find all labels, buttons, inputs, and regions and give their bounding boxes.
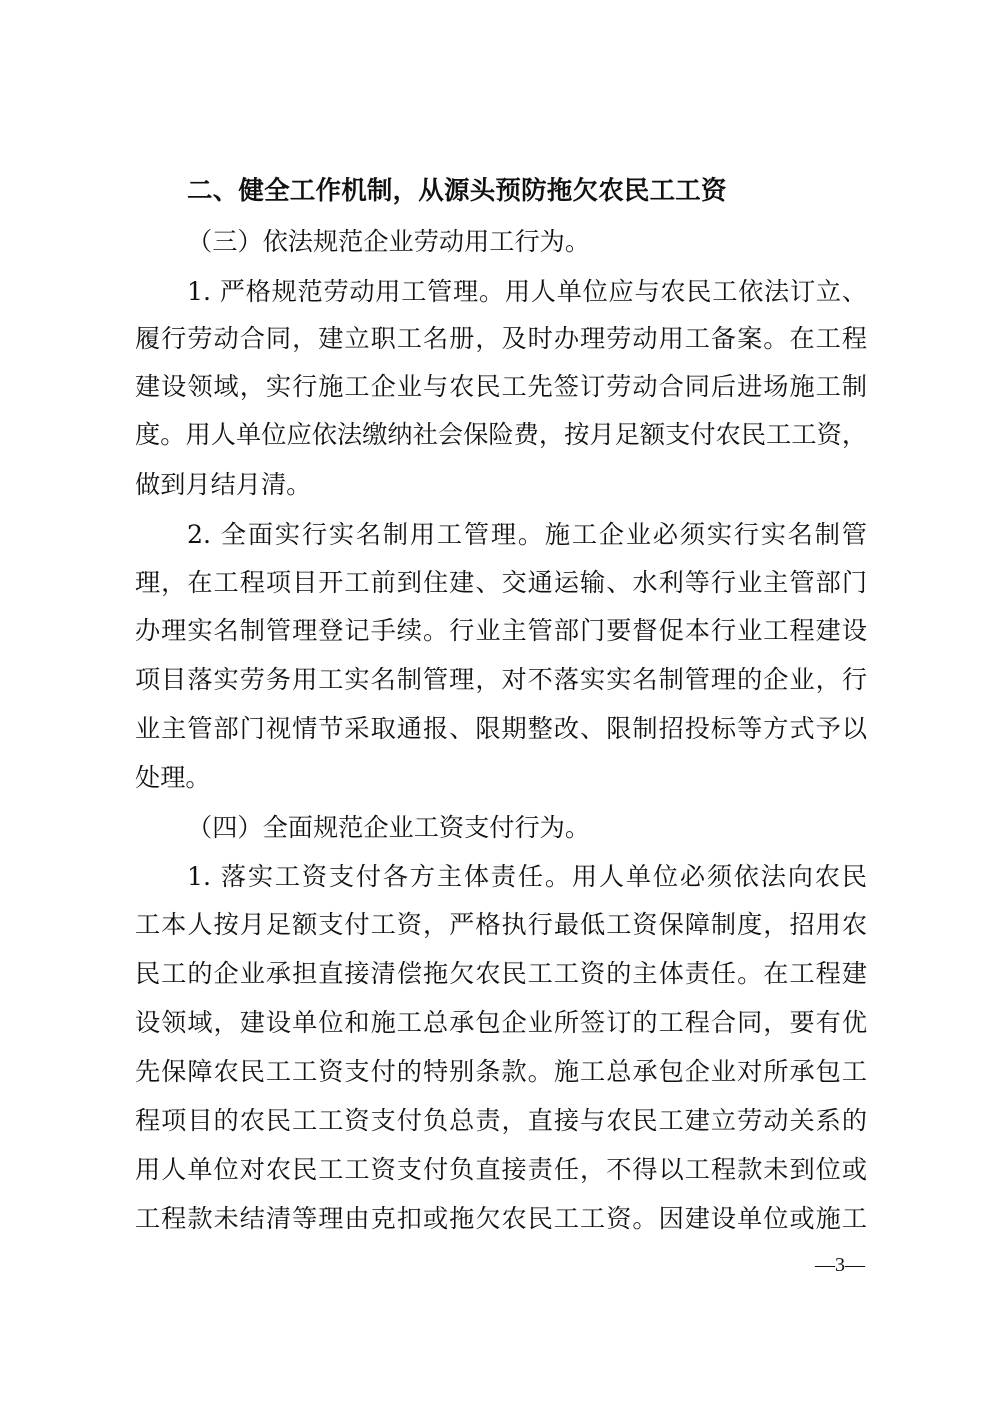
paragraph-line: 2. 全面实行实名制用工管理。施工企业必须实行实名制管	[187, 520, 867, 550]
paragraph-line: 1. 落实工资支付各方主体责任。用人单位必须依法向农民	[187, 862, 867, 892]
section-heading: 二、健全工作机制，从源头预防拖欠农民工工资	[187, 174, 727, 208]
subsection-title-4: （四）全面规范企业工资支付行为。	[187, 813, 867, 843]
paragraph-line: 办理实名制管理登记手续。行业主管部门要督促本行业工程建设	[135, 616, 867, 646]
page-number: —3—	[810, 1253, 870, 1277]
subsection-title-3: （三）依法规范企业劳动用工行为。	[187, 227, 867, 257]
paragraph-line: 履行劳动合同，建立职工名册，及时办理劳动用工备案。在工程	[135, 324, 867, 354]
paragraph-line: 先保障农民工工资支付的特别条款。施工总承包企业对所承包工	[135, 1057, 867, 1087]
paragraph-line: 民工的企业承担直接清偿拖欠农民工工资的主体责任。在工程建	[135, 959, 867, 989]
paragraph-line: 工程款未结清等理由克扣或拖欠农民工工资。因建设单位或施工	[135, 1204, 867, 1234]
paragraph-line: 建设领域，实行施工企业与农民工先签订劳动合同后进场施工制	[135, 372, 867, 402]
paragraph-line: 项目落实劳务用工实名制管理，对不落实实名制管理的企业，行	[135, 665, 867, 695]
document-page: 二、健全工作机制，从源头预防拖欠农民工工资 （三）依法规范企业劳动用工行为。 1…	[0, 0, 992, 1403]
paragraph-line: 用人单位对农民工工资支付负直接责任，不得以工程款未到位或	[135, 1155, 867, 1185]
paragraph-line: 理，在工程项目开工前到住建、交通运输、水利等行业主管部门	[135, 568, 867, 598]
paragraph-line: 程项目的农民工工资支付负总责，直接与农民工建立劳动关系的	[135, 1106, 867, 1136]
paragraph-line: 处理。	[135, 763, 867, 793]
paragraph-line: 做到月结月清。	[135, 470, 867, 500]
paragraph-line: 1. 严格规范劳动用工管理。用人单位应与农民工依法订立、	[187, 277, 867, 307]
paragraph-line: 度。用人单位应依法缴纳社会保险费，按月足额支付农民工工资，	[135, 420, 867, 450]
paragraph-line: 业主管部门视情节采取通报、限期整改、限制招投标等方式予以	[135, 714, 867, 744]
paragraph-line: 工本人按月足额支付工资，严格执行最低工资保障制度，招用农	[135, 910, 867, 940]
paragraph-line: 设领域，建设单位和施工总承包企业所签订的工程合同，要有优	[135, 1008, 867, 1038]
